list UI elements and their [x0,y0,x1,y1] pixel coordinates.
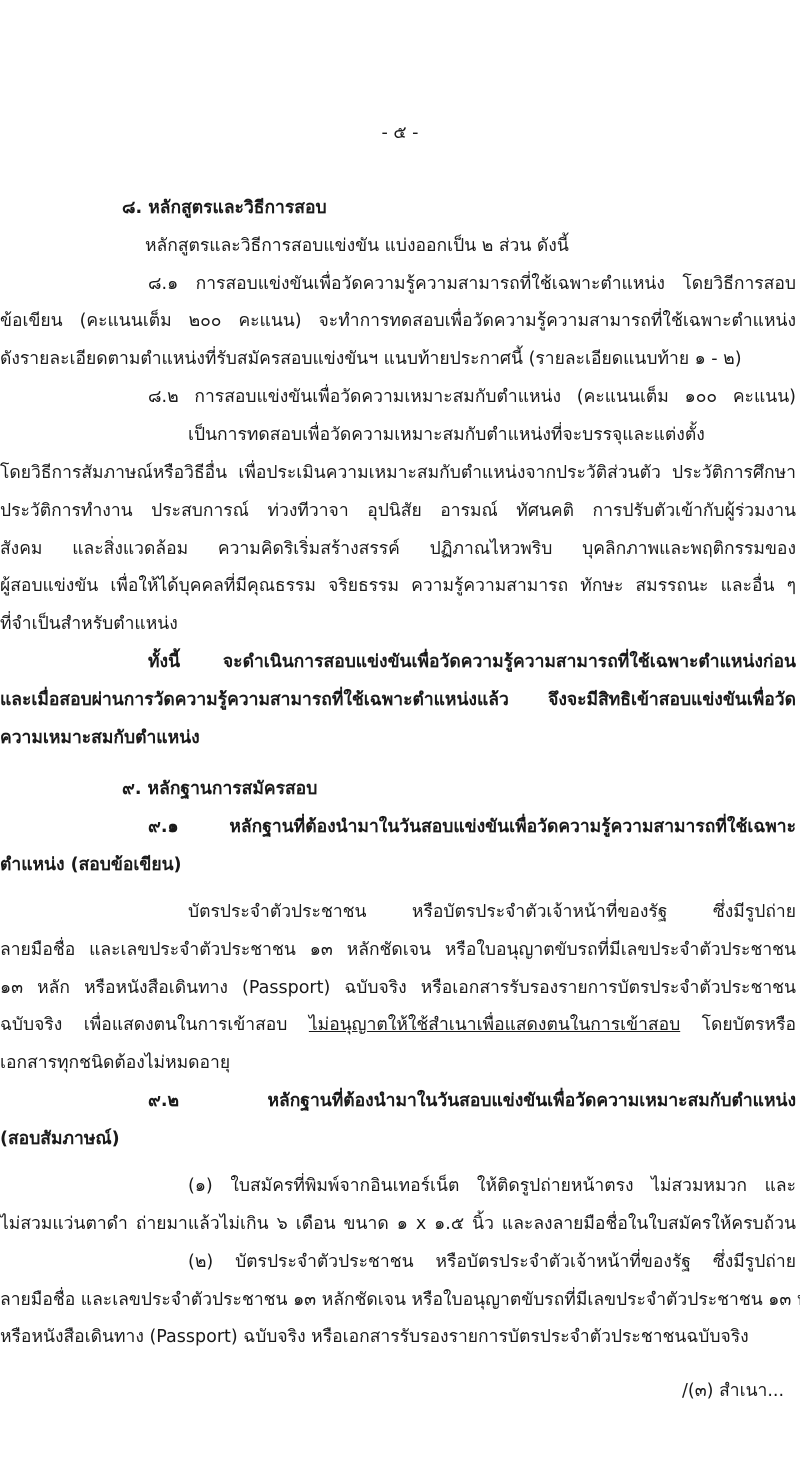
section-8-2-line: เป็นการทดสอบเพื่อวัดความเหมาะสมกับตำแหน่… [188,424,796,446]
section-9-1-line: เอกสารทุกชนิดต้องไม่หมดอายุ [0,1052,230,1074]
section-8-2-title: ๘.๒ การสอบแข่งขันเพื่อวัดความเหมาะสมกับต… [148,386,796,408]
section-9-2-item-1: (๑) ใบสมัครที่พิมพ์จากอินเทอร์เน็ต ให้ติ… [188,1175,796,1197]
note-line: และเมื่อสอบผ่านการวัดความรู้ความสามารถที… [0,689,796,711]
section-8-heading: ๘. หลักสูตรและวิธีการสอบ [122,197,327,219]
section-9-2-item-1: ไม่สวมแว่นตาดำ ถ่ายมาแล้วไม่เกิน ๖ เดือน… [0,1213,796,1235]
section-9-1-line: ๑๓ หลัก หรือหนังสือเดินทาง (Passport) ฉบ… [0,977,796,999]
note-line: ความเหมาะสมกับตำแหน่ง [0,727,200,749]
section-8-2-line: ผู้สอบแข่งขัน เพื่อให้ได้บุคคลที่มีคุณธร… [0,575,796,597]
section-9-1-line: ลายมือชื่อ และเลขประจำตัวประชาชน ๑๓ หลัก… [0,939,796,961]
id-text: ฉบับจริง เพื่อแสดงตนในการเข้าสอบ [0,1015,309,1035]
id-text-tail: โดยบัตรหรือ [680,1015,796,1035]
section-9-2-item-2: ลายมือชื่อ และเลขประจำตัวประชาชน ๑๓ หลัก… [0,1289,796,1311]
section-9-2-item-2: หรือหนังสือเดินทาง (Passport) ฉบับจริง ห… [0,1326,749,1348]
continuation-marker: /(๓) สำเนา... [682,1380,784,1402]
page-number: - ๕ - [0,122,800,144]
section-9-heading: ๙. หลักฐานการสมัครสอบ [122,778,317,800]
section-8-1-line: ๘.๑ การสอบแข่งขันเพื่อวัดความรู้ความสามา… [148,273,796,295]
section-9-2-title: ๙.๒ หลักฐานที่ต้องนำมาในวันสอบแข่งขันเพื… [148,1090,796,1112]
section-9-1-line: บัตรประจำตัวประชาชน หรือบัตรประจำตัวเจ้า… [188,901,796,923]
section-9-2-title: (สอบสัมภาษณ์) [0,1128,120,1150]
section-8-1-line: ข้อเขียน (คะแนนเต็ม ๒๐๐ คะแนน) จะทำการทด… [0,310,796,332]
no-copy-warning: ไม่อนุญาตให้ใช้สำเนาเพื่อแสดงตนในการเข้า… [309,1015,680,1035]
section-8-intro: หลักสูตรและวิธีการสอบแข่งขัน แบ่งออกเป็น… [145,235,569,257]
section-9-1-title: ตำแหน่ง (สอบข้อเขียน) [0,854,182,876]
section-8-2-line: โดยวิธีการสัมภาษณ์หรือวิธีอื่น เพื่อประเ… [0,462,796,484]
note-line: ทั้งนี้ จะดำเนินการสอบแข่งขันเพื่อวัดควา… [148,651,796,673]
section-9-1-title: ๙.๑ หลักฐานที่ต้องนำมาในวันสอบแข่งขันเพื… [148,816,796,838]
section-9-2-item-2: (๒) บัตรประจำตัวประชาชน หรือบัตรประจำตัว… [188,1251,796,1273]
section-8-1-line: ดังรายละเอียดตามตำแหน่งที่รับสมัครสอบแข่… [0,348,742,370]
section-8-2-line: ประวัติการทำงาน ประสบการณ์ ท่วงทีวาจา อุ… [0,500,796,522]
section-8-2-line: ที่จำเป็นสำหรับตำแหน่ง [0,613,178,635]
section-9-1-line: ฉบับจริง เพื่อแสดงตนในการเข้าสอบ ไม่อนุญ… [0,1014,796,1036]
section-8-2-line: สังคม และสิ่งแวดล้อม ความคิดริเริ่มสร้าง… [0,538,796,560]
